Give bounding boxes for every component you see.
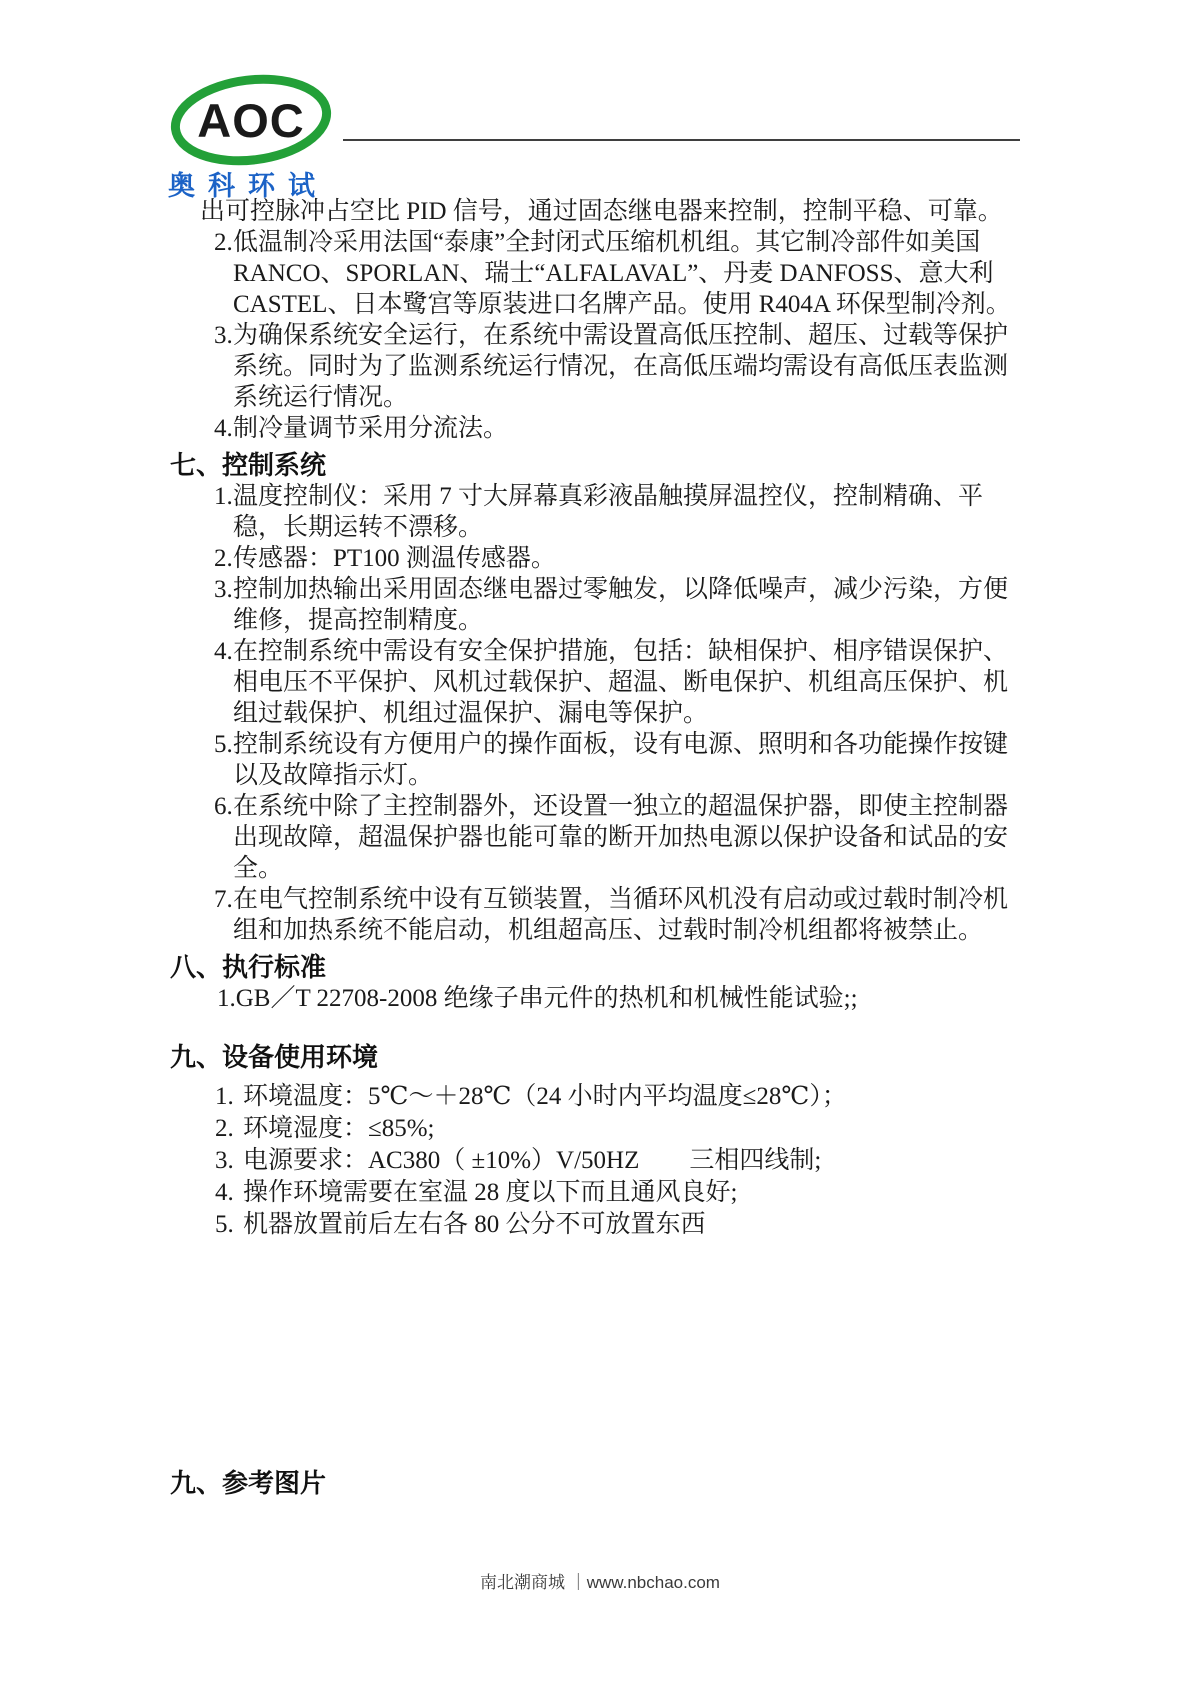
item-number: 5. — [214, 729, 233, 760]
item-text: 制冷量调节采用分流法。 — [233, 415, 508, 442]
section-heading-control-system: 七、控制系统 — [170, 450, 1032, 481]
numbered-item: 5. 机器放置前后左右各 80 公分不可放置东西 — [170, 1209, 1032, 1241]
item-text: 为确保系统安全运行，在系统中需设置高低压控制、超压、过载等保护系统。同时为了监测… — [233, 322, 1008, 411]
standards-line: 1.GB／T 22708-2008 绝缘子串元件的热机和机械性能试验;; — [217, 983, 1032, 1014]
numbered-item: 1. 温度控制仪：采用 7 寸大屏幕真彩液晶触摸屏温控仪，控制精确、平稳，长期运… — [170, 481, 1032, 543]
continued-paragraph: 出可控脉冲占空比 PID 信号，通过固态继电器来控制，控制平稳、可靠。 — [200, 196, 1032, 227]
numbered-item: 4. 在控制系统中需设有安全保护措施，包括：缺相保护、相序错误保护、相电压不平保… — [170, 636, 1032, 729]
item-number: 1. — [215, 1081, 234, 1113]
logo-text: AOC — [197, 94, 304, 147]
header-rule — [343, 139, 1020, 141]
section-heading-standards: 八、执行标准 — [170, 952, 1032, 983]
item-number: 2. — [214, 543, 233, 574]
footer-text: 南北潮商城 ｜www.nbchao.com — [480, 1573, 720, 1592]
item-text: 环境湿度：≤85%; — [243, 1115, 435, 1142]
section-heading-environment: 九、设备使用环境 — [170, 1042, 1032, 1073]
item-number: 3. — [215, 1145, 234, 1177]
numbered-item: 6. 在系统中除了主控制器外，还设置一独立的超温保护器，即使主控制器出现故障，超… — [170, 791, 1032, 884]
item-number: 7. — [214, 884, 233, 915]
numbered-item: 3. 控制加热输出采用固态继电器过零触发，以降低噪声，减少污染，方便维修，提高控… — [170, 574, 1032, 636]
item-number: 4. — [214, 636, 233, 667]
item-number: 1. — [214, 481, 233, 512]
item-text: 传感器：PT100 测温传感器。 — [233, 545, 556, 572]
item-number: 2. — [215, 1113, 234, 1145]
numbered-item: 3. 为确保系统安全运行，在系统中需设置高低压控制、超压、过载等保护系统。同时为… — [170, 320, 1032, 413]
item-text: 电源要求：AC380（ ±10%）V/50HZ 三相四线制; — [243, 1147, 821, 1174]
numbered-item: 4. 制冷量调节采用分流法。 — [170, 413, 1032, 444]
item-number: 5. — [215, 1209, 234, 1241]
numbered-item: 2. 传感器：PT100 测温传感器。 — [170, 543, 1032, 574]
numbered-item: 1. 环境温度：5℃～＋28℃（24 小时内平均温度≤28℃）； — [170, 1081, 1032, 1113]
item-text: 温度控制仪：采用 7 寸大屏幕真彩液晶触摸屏温控仪，控制精确、平稳，长期运转不漂… — [233, 483, 983, 541]
item-text: 机器放置前后左右各 80 公分不可放置东西 — [243, 1211, 706, 1238]
item-number: 3. — [214, 320, 233, 351]
item-text: 环境温度：5℃～＋28℃（24 小时内平均温度≤28℃）； — [243, 1083, 847, 1110]
item-number: 4. — [215, 1177, 234, 1209]
item-number: 3. — [214, 574, 233, 605]
company-logo: AOC 奥科环试 — [168, 74, 334, 203]
item-text: 控制加热输出采用固态继电器过零触发，以降低噪声，减少污染，方便维修，提高控制精度… — [233, 576, 1008, 634]
item-text: 在电气控制系统中设有互锁装置，当循环风机没有启动或过载时制冷机组和加热系统不能启… — [233, 886, 1008, 944]
page-footer: 南北潮商城 ｜www.nbchao.com — [0, 1568, 1200, 1593]
numbered-item: 4. 操作环境需要在室温 28 度以下而且通风良好; — [170, 1177, 1032, 1209]
item-number: 4. — [214, 413, 233, 444]
item-number: 2. — [214, 227, 233, 258]
section-heading-reference-pictures: 九、参考图片 — [170, 1468, 1032, 1499]
item-text: 在控制系统中需设有安全保护措施，包括：缺相保护、相序错误保护、相电压不平保护、风… — [233, 638, 1008, 727]
numbered-item: 7. 在电气控制系统中设有互锁装置，当循环风机没有启动或过载时制冷机组和加热系统… — [170, 884, 1032, 946]
item-number: 6. — [214, 791, 233, 822]
document-body: 出可控脉冲占空比 PID 信号，通过固态继电器来控制，控制平稳、可靠。 2. 低… — [170, 196, 1032, 1499]
numbered-item: 2. 环境湿度：≤85%; — [170, 1113, 1032, 1145]
item-text: 操作环境需要在室温 28 度以下而且通风良好; — [243, 1179, 737, 1206]
document-page: AOC 奥科环试 出可控脉冲占空比 PID 信号，通过固态继电器来控制，控制平稳… — [0, 0, 1200, 1697]
environment-list: 1. 环境温度：5℃～＋28℃（24 小时内平均温度≤28℃）； 2. 环境湿度… — [170, 1081, 1032, 1241]
numbered-item: 3. 电源要求：AC380（ ±10%）V/50HZ 三相四线制; — [170, 1145, 1032, 1177]
item-text: 低温制冷采用法国“泰康”全封闭式压缩机机组。其它制冷部件如美国 RANCO、SP… — [233, 229, 1011, 318]
numbered-item: 5. 控制系统设有方便用户的操作面板，设有电源、照明和各功能操作按键以及故障指示… — [170, 729, 1032, 791]
item-text: 控制系统设有方便用户的操作面板，设有电源、照明和各功能操作按键以及故障指示灯。 — [233, 731, 1008, 789]
item-text: 在系统中除了主控制器外，还设置一独立的超温保护器，即使主控制器出现故障，超温保护… — [233, 793, 1008, 882]
numbered-item: 2. 低温制冷采用法国“泰康”全封闭式压缩机机组。其它制冷部件如美国 RANCO… — [170, 227, 1032, 320]
aoc-logo-icon: AOC — [168, 74, 334, 166]
